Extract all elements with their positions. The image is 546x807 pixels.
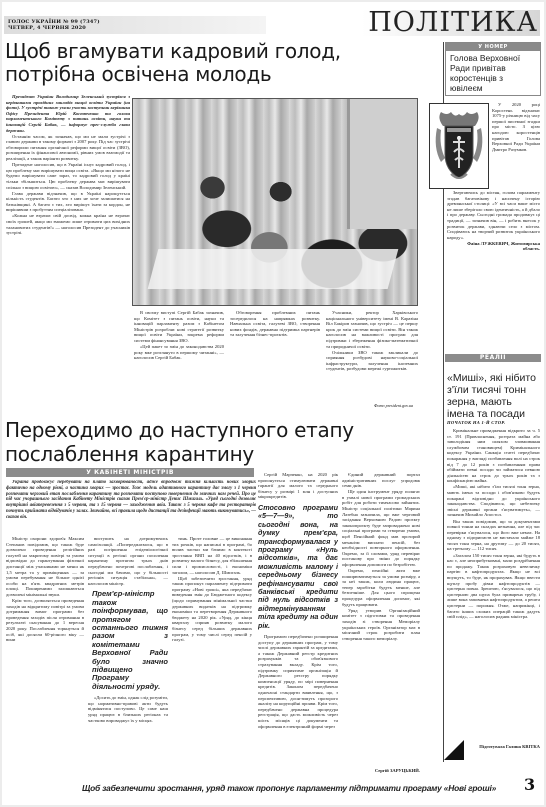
article2-paragraph: Єдиний державний портал адміністративних… — [342, 472, 420, 489]
sidebar-story-text: Звертаючись до містян, голова парламенту… — [447, 190, 540, 340]
article1-paragraph: Президент наголосив, що в Україні існує … — [6, 162, 130, 190]
article1-paragraph: В своєму виступі Сергій Бабак зазначив, … — [134, 310, 224, 344]
article2-pullquote-1: Прем'єр-міністр також поінформував, що п… — [92, 590, 168, 691]
coat-of-arms-image — [429, 103, 489, 189]
article2-paragraph: Окремо, пенсійні акти вже поширюватимуть… — [342, 568, 420, 607]
article1-paragraph: «Кожна не втрачає свій досвід, кожна кра… — [6, 213, 130, 235]
in-issue-box[interactable]: У НОМЕР Голова Верховної Ради привітав к… — [445, 42, 541, 96]
newspaper-page: ГОЛОС УКРАЇНИ № 99 (7347) ЧЕТВЕР, 4 ЧЕРВ… — [2, 2, 544, 805]
article2-paragraph: виступить на дотримуючись самоізоляції. … — [88, 536, 168, 586]
reali-headline[interactable]: «Миші», які нібито з'їли тисячі тонн зер… — [447, 372, 539, 420]
reali-signature: Підготувала Галина КВІТКА — [472, 744, 540, 760]
article2-paragraph: «Досить до змін, однак слід розуміти, що… — [88, 695, 168, 723]
article2-paragraph: тинь. Проте головне — це виконання тих р… — [172, 536, 252, 575]
in-issue-label: У НОМЕР — [446, 43, 540, 51]
article2-paragraph: Міністр охорони здоров'я Максим Степанов… — [6, 536, 84, 598]
coat-of-arms-icon — [433, 108, 485, 184]
article2-lead: Україна продовжує перебувати на плато за… — [6, 480, 256, 521]
article1-headline[interactable]: Щоб вгамувати кадровий голод, потрібна о… — [5, 40, 415, 86]
reali-paragraph: Він також повідомив, що за документами п… — [447, 519, 540, 553]
article1-paragraph: Обговорення проблемних питань зосередило… — [230, 310, 320, 338]
article2-paragraph: Програмою передбачено розширення доступу… — [258, 634, 338, 729]
sidebar-story-wrap-text: У 2020 році Коростень відзначає 1075-у р… — [492, 102, 540, 188]
photo-credit: Фото president.gov.ua — [374, 403, 413, 408]
article2-paragraph: Щоб забезпечити зростання, уряд також пр… — [172, 576, 252, 643]
article2-column-1: Міністр охорони здоров'я Максим Степанов… — [6, 536, 84, 766]
article2-paragraph: Ще один інструмент уряду полягає в ухвал… — [342, 489, 420, 567]
issue-date: ЧЕТВЕР, 4 ЧЕРВНЯ 2020 — [8, 25, 262, 31]
article2-lead-block: Україна продовжує перебувати на плато за… — [6, 480, 256, 532]
sidebar-story-paragraph: У 2020 році Коростень відзначає 1075-у р… — [492, 102, 540, 152]
article2-column-4: Сергій Марченко, на 2020 рік пропонуєтьс… — [258, 472, 338, 766]
corner-decoration — [444, 740, 464, 760]
article2-paragraph: Сергій Марченко, на 2020 рік пропонуєтьс… — [258, 472, 338, 500]
article1-lead: Президент України Володимир Зеленський з… — [6, 94, 130, 133]
article2-paragraph: Уряд утворив Організаційний комітет з пі… — [342, 608, 420, 642]
article2-pullquote-2: Стосовно програми «5—7—9», то сьогодні в… — [258, 504, 338, 630]
section-title: ПОЛІТИКА — [362, 10, 540, 36]
article1-column-3: Обговорення проблемних питань зосередило… — [230, 310, 320, 402]
article1-paragraph: Глава держави відзначив, що в Україні на… — [6, 191, 130, 213]
article1-paragraph: «Цей пакет зо змін до законодавства 2020… — [134, 344, 224, 361]
page-number: 3 — [524, 775, 535, 794]
article2-column-2: виступить на дотримуючись самоізоляції. … — [88, 536, 168, 766]
masthead: ГОЛОС УКРАЇНИ № 99 (7347) ЧЕТВЕР, 4 ЧЕРВ… — [4, 16, 266, 34]
photo-table — [148, 249, 399, 289]
reali-rubric: РЕАЛІЇ — [445, 354, 541, 362]
article2-paragraph: Крім того, дозволяється проведення заход… — [6, 598, 84, 643]
article2-headline[interactable]: Переходимо до наступного етапу послаблен… — [5, 418, 415, 466]
sidebar-story-paragraph: Звертаючись до містян, голова парламенту… — [447, 190, 540, 240]
article1-photo-meeting[interactable] — [132, 98, 418, 306]
photo-wall — [347, 99, 417, 229]
article1-paragraph: Очільники ЗВО також закликали до сприянн… — [326, 350, 418, 372]
article1-column-4: Учасники, ректор Харківського національн… — [326, 310, 418, 402]
article1-paragraph: Останнім часом, як зазначав, що ми не ма… — [6, 134, 130, 162]
continued-from-label: ПОЧАТОК НА 1-Й СТОР. — [447, 420, 505, 425]
cabinet-rubric: У КАБІНЕТІ МІНІСТРІВ — [6, 468, 254, 477]
reali-paragraph: «Загалом 150 тисяч тонн зерна, які будут… — [447, 553, 540, 620]
article1-paragraph: Учасники, ректор Харківського національн… — [326, 310, 418, 349]
reali-text: Кримінальне провадження відкрито за ч. 5… — [447, 428, 540, 738]
article1-column-2: В своєму виступі Сергій Бабак зазначив, … — [134, 310, 224, 402]
article2-signature: Сергій ЗАРУЦЬКИЙ. — [342, 768, 420, 776]
in-issue-text[interactable]: Голова Верховної Ради привітав коростенц… — [446, 51, 540, 95]
article2-column-3: тинь. Проте головне — це виконання тих р… — [172, 536, 252, 766]
sidebar-story-credit: Фаїна ЛУЖКЕВИЧ, Житомирська область. — [447, 241, 540, 252]
footer-tagline: Щоб забезпечити зростання, уряд також пр… — [82, 783, 502, 793]
reali-paragraph: «Миші, які нібито з'їли тисячі тонн зерн… — [447, 484, 540, 518]
article2-column-5: Єдиний державний портал адміністративних… — [342, 472, 420, 766]
reali-paragraph: Кримінальне провадження відкрито за ч. 5… — [447, 428, 540, 484]
article1-column-1: Президент України Володимир Зеленський з… — [6, 94, 130, 399]
